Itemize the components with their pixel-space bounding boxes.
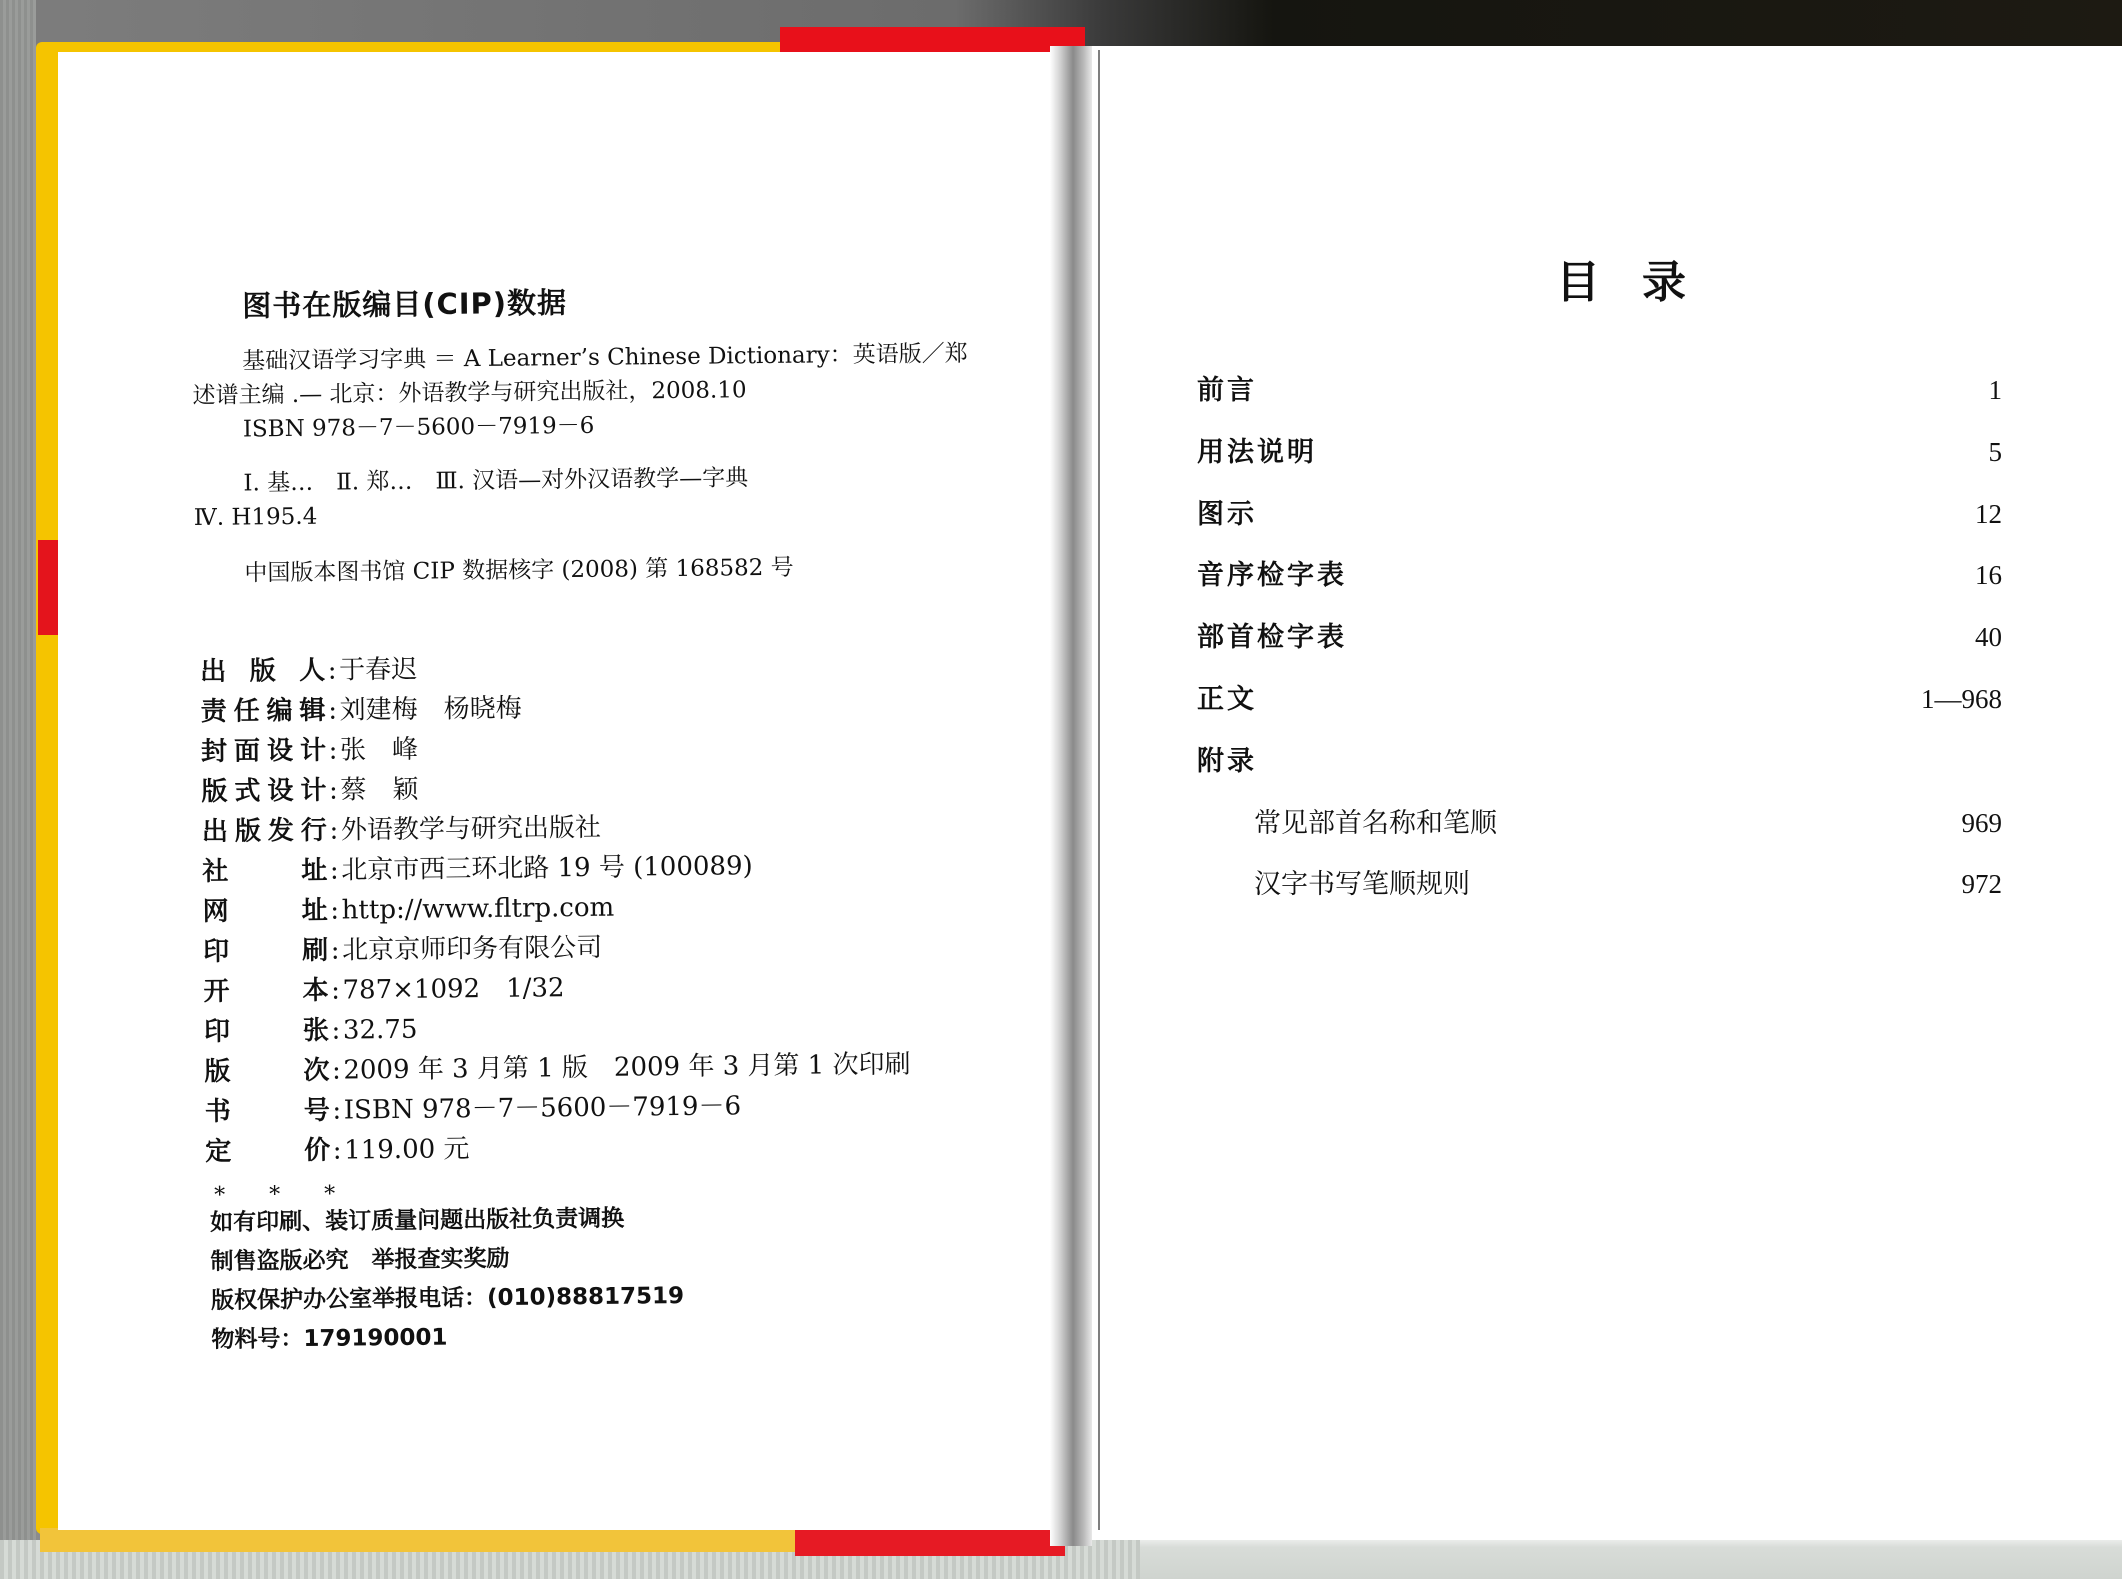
imprint-value: ISBN 978－7－5600－7919－6 [344, 1086, 742, 1130]
imprint-label-char: 人 [299, 651, 325, 691]
imprint-value: 于春迟 [339, 650, 417, 691]
imprint-label-char: 版 [235, 811, 261, 851]
imprint-value: 张 峰 [340, 730, 418, 771]
imprint-label-char: 书 [205, 1092, 231, 1132]
imprint-label-char: 定 [205, 1132, 231, 1172]
imprint-label-char: 设 [267, 731, 293, 771]
toc-subentry: 常见部首名称和笔顺969 [1197, 801, 2002, 863]
imprint-colon: : [329, 1011, 343, 1051]
notice-line-material-no: 物料号：179190001 [211, 1313, 971, 1360]
notice-block: 如有印刷、装订质量问题出版社负责调换 制售盗版必究 举报查实奖励 版权保护办公室… [210, 1196, 972, 1360]
toc-title: 目录 [1556, 246, 1728, 310]
toc-page-number: 1—968 [1921, 684, 2002, 715]
imprint-row: 定价:119.00 元 [205, 1124, 1005, 1172]
imprint-colon: : [328, 931, 342, 971]
imprint-label-char: 辑 [299, 691, 325, 731]
toc-entry: 音序检字表16 [1197, 553, 2002, 615]
toc-entry-label: 汉字书写笔顺规则 [1197, 862, 1470, 901]
imprint-label: 书号 [205, 1091, 330, 1132]
cover-red-stripe-left [38, 540, 60, 635]
imprint-colon: : [328, 891, 342, 931]
imprint-label-char: 址 [301, 851, 327, 891]
toc-entry-label: 正文 [1197, 677, 1257, 716]
imprint-label: 出版人 [200, 651, 325, 692]
imprint-row: 版次:2009 年 3 月第 1 版 2009 年 3 月第 1 次印刷 [204, 1044, 1004, 1092]
toc-entry-label: 前言 [1197, 368, 1257, 407]
imprint-label: 社址 [202, 851, 327, 892]
imprint-label-char: 编 [266, 691, 292, 731]
imprint-label-char: 出 [202, 812, 228, 852]
imprint-label: 开本 [203, 971, 328, 1012]
imprint-label: 定价 [205, 1131, 330, 1172]
imprint-value: 2009 年 3 月第 1 版 2009 年 3 月第 1 次印刷 [343, 1045, 911, 1091]
imprint-label-char: 刷 [302, 931, 328, 971]
imprint-colon: : [327, 811, 341, 851]
imprint-label-char: 本 [302, 971, 328, 1011]
imprint-label-char: 价 [304, 1131, 330, 1171]
toc-page-number: 972 [1962, 869, 2003, 900]
imprint-label-char: 任 [233, 691, 259, 731]
imprint-label-char: 开 [203, 972, 229, 1012]
imprint-label-char: 版 [204, 1052, 230, 1092]
imprint-colon: : [330, 1091, 344, 1131]
toc-subentry: 汉字书写笔顺规则972 [1197, 862, 2002, 924]
imprint-label-char: 行 [301, 811, 327, 851]
imprint-label-char: 社 [202, 852, 228, 892]
imprint-colon: : [326, 731, 340, 771]
toc-entry-label: 图示 [1197, 492, 1257, 531]
imprint-value: 119.00 元 [344, 1129, 470, 1170]
toc-entry: 部首检字表40 [1197, 615, 2002, 677]
imprint-value: 外语教学与研究出版社 [341, 808, 601, 851]
imprint-label: 印张 [204, 1011, 329, 1052]
toc-page-number: 40 [1975, 622, 2002, 653]
gutter-shadow-line [1098, 50, 1100, 1530]
imprint-value: 刘建梅 杨晓梅 [339, 689, 521, 731]
imprint-label: 版式设计 [201, 771, 326, 812]
imprint-value: 北京京师印务有限公司 [342, 928, 602, 971]
scanner-background-left [0, 0, 36, 1579]
imprint-label-char: 计 [300, 771, 326, 811]
imprint-label: 封面设计 [201, 731, 326, 772]
book-gutter-spine [1050, 46, 1092, 1546]
cip-class-line: Ⅳ. H195.4 [194, 493, 994, 535]
cover-red-stripe-bottom [795, 1530, 1065, 1556]
table-of-contents: 前言1用法说明5图示12音序检字表16部首检字表40正文1—968附录常见部首名… [1197, 368, 2002, 924]
imprint-label: 出版发行 [202, 811, 327, 852]
toc-entry-label: 常见部首名称和笔顺 [1197, 801, 1497, 840]
imprint-colon: : [325, 691, 339, 731]
imprint-colon: : [326, 771, 340, 811]
cip-isbn-line: ISBN 978－7－5600－7919－6 [193, 405, 993, 447]
toc-page-number: 5 [1989, 437, 2003, 468]
imprint-label-char: 封 [201, 732, 227, 772]
imprint-label-char: 号 [304, 1091, 330, 1131]
toc-entry: 图示12 [1197, 492, 2002, 554]
imprint-value: 787×1092 1/32 [342, 968, 564, 1010]
imprint-label-char: 版 [201, 772, 227, 812]
imprint-label: 网址 [203, 891, 328, 932]
imprint-value: 蔡 颖 [340, 770, 418, 811]
imprint-label-char: 责 [200, 692, 226, 732]
imprint-label-char: 设 [267, 771, 293, 811]
imprint-value: http://www.fltrp.com [342, 888, 615, 931]
toc-entry: 正文1—968 [1197, 677, 2002, 739]
toc-page-number: 16 [1975, 560, 2002, 591]
imprint-label-char: 式 [234, 771, 260, 811]
imprint-value: 32.75 [343, 1010, 418, 1051]
toc-page-number: 12 [1975, 499, 2002, 530]
imprint-colon: : [330, 1131, 344, 1171]
toc-entry-label: 音序检字表 [1197, 553, 1347, 592]
toc-page-number: 1 [1989, 375, 2003, 406]
cip-title: 图书在版编目(CIP)数据 [242, 281, 567, 325]
toc-entry-label: 部首检字表 [1197, 615, 1347, 654]
cover-yellow-edge-bottom [40, 1528, 800, 1552]
imprint-label: 印刷 [203, 931, 328, 972]
imprint-label-char: 出 [200, 652, 226, 692]
toc-entry: 前言1 [1197, 368, 2002, 430]
imprint-colon: : [327, 851, 341, 891]
imprint-label-char: 网 [203, 892, 229, 932]
imprint-label-char: 次 [303, 1051, 329, 1091]
imprint-colon: : [329, 1051, 343, 1091]
toc-entry-label: 附录 [1197, 739, 1257, 778]
cover-red-stripe-top [780, 27, 1085, 53]
imprint-colon: : [325, 651, 339, 691]
imprint-label-char: 面 [234, 731, 260, 771]
imprint-value: 北京市西三环北路 19 号 (100089) [341, 846, 753, 890]
toc-page-number: 969 [1962, 808, 2003, 839]
imprint-label-char: 计 [300, 731, 326, 771]
cip-data-block: 基础汉语学习字典 ＝ A Learner’s Chinese Dictionar… [192, 337, 995, 591]
toc-entry: 用法说明5 [1197, 430, 2002, 492]
toc-entry: 附录 [1197, 739, 2002, 801]
toc-entry-label: 用法说明 [1197, 430, 1317, 469]
imprint-colon: : [328, 971, 342, 1011]
imprint-label-char: 张 [303, 1011, 329, 1051]
imprint-label-char: 发 [268, 811, 294, 851]
imprint-label: 版次 [204, 1051, 329, 1092]
imprint-label: 责任编辑 [200, 691, 325, 732]
imprint-label-char: 印 [203, 932, 229, 972]
imprint-label-char: 址 [301, 891, 327, 931]
imprint-label-char: 版 [249, 651, 275, 691]
imprint-label-char: 印 [204, 1012, 230, 1052]
imprint-list: 出版人:于春迟责任编辑:刘建梅 杨晓梅封面设计:张 峰版式设计:蔡 颖出版发行:… [200, 644, 1005, 1172]
